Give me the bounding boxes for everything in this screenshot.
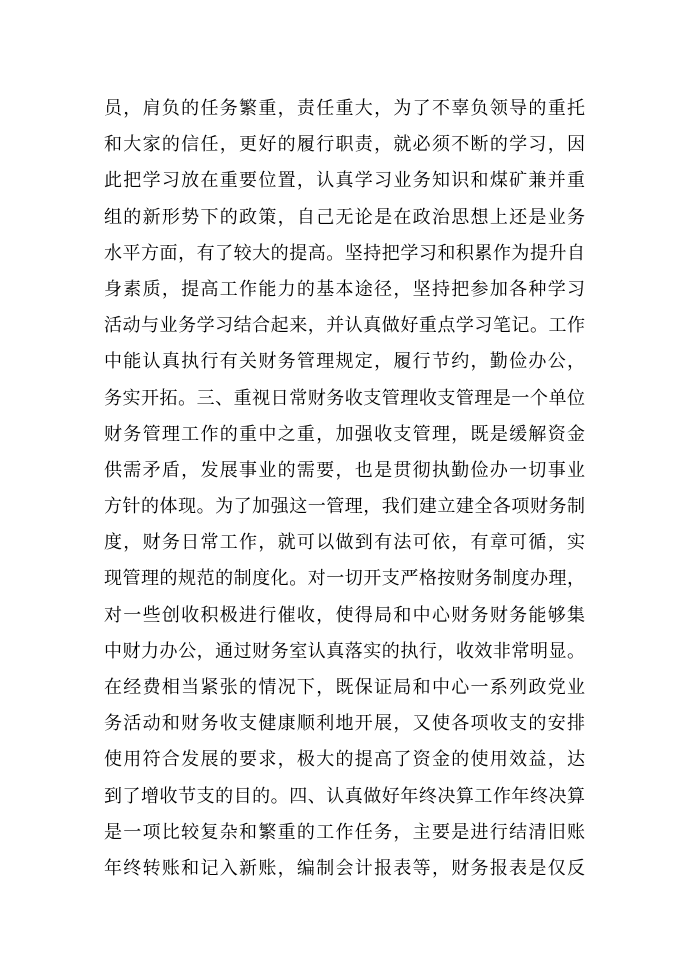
text-line: 身素质，提高工作能力的基本途径，坚持把参加各种学习: [104, 271, 585, 307]
text-line: 对一些创收积极进行催收，使得局和中心财务财务能够集: [104, 597, 585, 633]
text-line: 是一项比较复杂和繁重的工作任务，主要是进行结清旧账: [104, 814, 585, 850]
text-line: 供需矛盾，发展事业的需要，也是贯彻执勤俭办一切事业: [104, 452, 585, 488]
text-line: 使用符合发展的要求，极大的提高了资金的使用效益，达: [104, 741, 585, 777]
text-line: 此把学习放在重要位置，认真学习业务知识和煤矿兼并重: [104, 162, 585, 198]
text-line: 方针的体现。为了加强这一管理，我们建立建全各项财务制: [104, 488, 585, 524]
text-line: 和大家的信任，更好的履行职责，就必须不断的学习，因: [104, 126, 585, 162]
text-line: 员，肩负的任务繁重，责任重大，为了不辜负领导的重托: [104, 90, 585, 126]
text-line: 财务管理工作的重中之重，加强收支管理，既是缓解资金: [104, 416, 585, 452]
text-line: 中能认真执行有关财务管理规定，履行节约，勤俭办公，: [104, 343, 585, 379]
paragraph-text: 员，肩负的任务繁重，责任重大，为了不辜负领导的重托 和大家的信任，更好的履行职责…: [104, 90, 585, 886]
text-line: 现管理的规范的制度化。对一切开支严格按财务制度办理，: [104, 560, 585, 596]
text-line: 中财力办公，通过财务室认真落实的执行，收效非常明显。: [104, 633, 585, 669]
text-line: 在经费相当紧张的情况下，既保证局和中心一系列政党业: [104, 669, 585, 705]
text-line: 度，财务日常工作，就可以做到有法可依，有章可循，实: [104, 524, 585, 560]
text-line: 组的新形势下的政策，自己无论是在政治思想上还是业务: [104, 199, 585, 235]
document-page: 员，肩负的任务繁重，责任重大，为了不辜负领导的重托 和大家的信任，更好的履行职责…: [0, 0, 690, 976]
text-line: 年终转账和记入新账，编制会计报表等，财务报表是仅反: [104, 850, 585, 886]
text-line: 到了增收节支的目的。四、认真做好年终决算工作年终决算: [104, 778, 585, 814]
text-line: 务活动和财务收支健康顺利地开展，又使各项收支的安排: [104, 705, 585, 741]
text-line: 务实开拓。三、重视日常财务收支管理收支管理是一个单位: [104, 380, 585, 416]
text-line: 活动与业务学习结合起来，并认真做好重点学习笔记。工作: [104, 307, 585, 343]
text-line: 水平方面，有了较大的提高。坚持把学习和积累作为提升自: [104, 235, 585, 271]
